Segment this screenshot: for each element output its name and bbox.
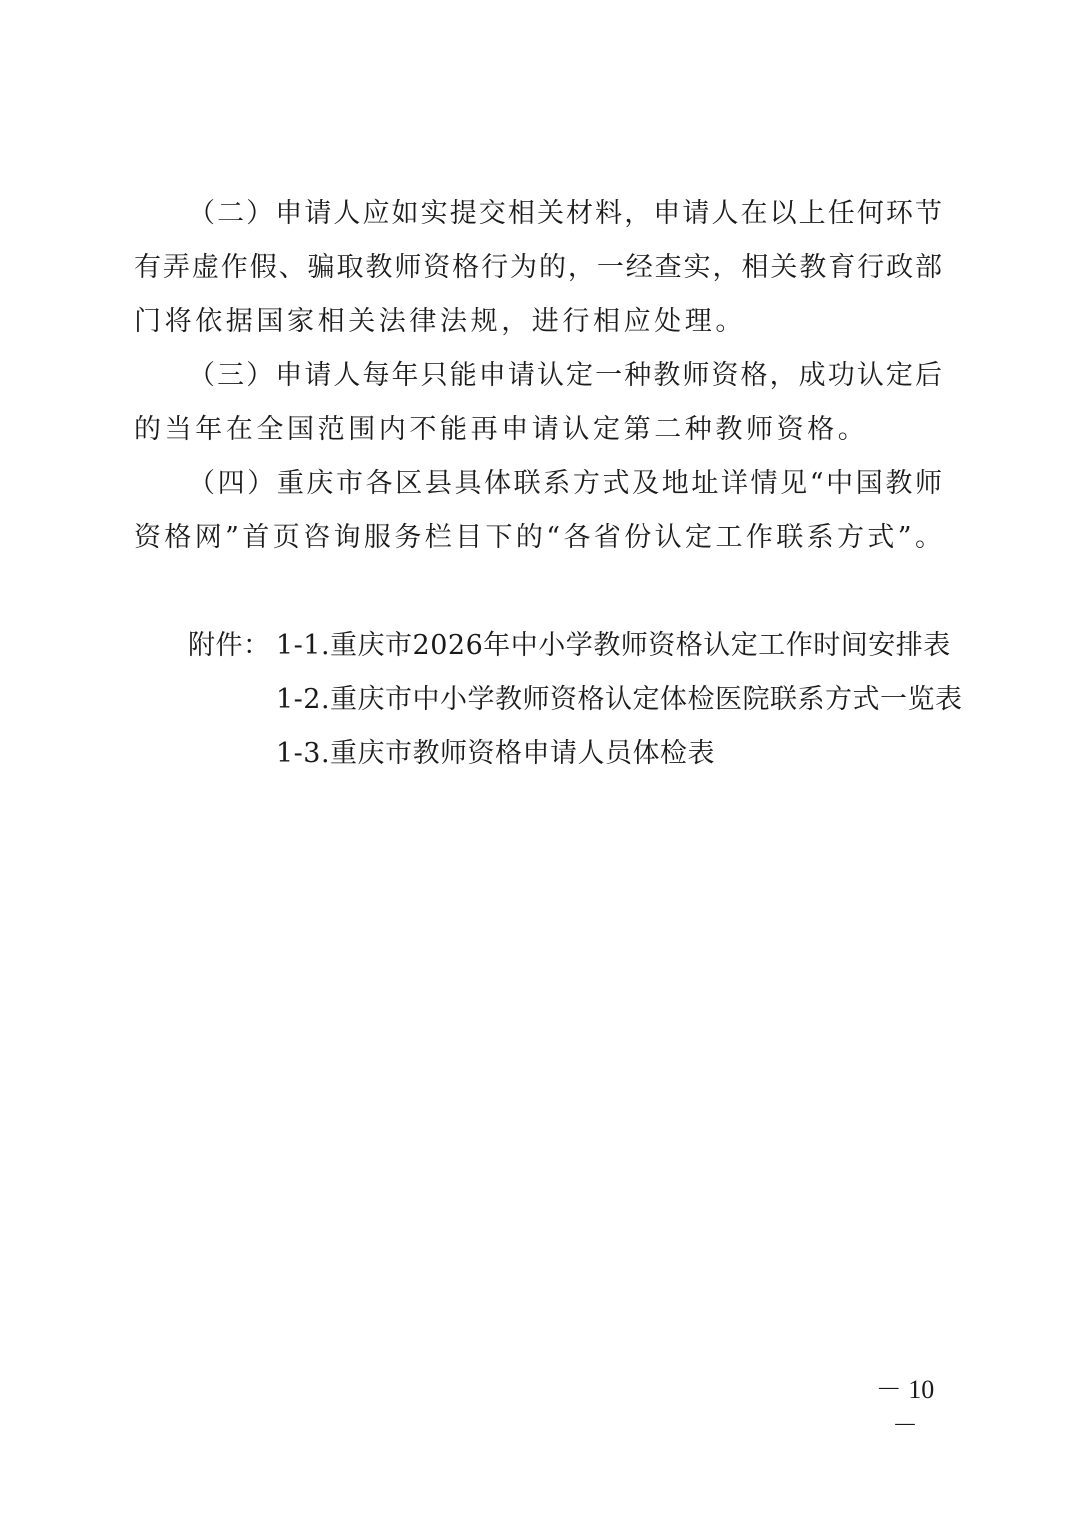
attachment-line-2: 1-2.重庆市中小学教师资格认定体检医院联系方式一览表 — [0, 680, 1074, 720]
page-number: － 10 － — [862, 1372, 948, 1444]
paragraph-item-2-line-1: （二）申请人应如实提交相关材料，申请人在以上任何环节 — [188, 194, 942, 234]
paragraph-item-4-line-2: 资格网”首页咨询服务栏目下的“各省份认定工作联系方式”。 — [134, 518, 942, 558]
paragraph-item-3-line-2: 的当年在全国范围内不能再申请认定第二种教师资格。 — [134, 410, 942, 450]
attachments-label: 附件： — [188, 626, 271, 666]
attachment-item-1-3: 1-3.重庆市教师资格申请人员体检表 — [276, 734, 715, 774]
paragraph-item-2-line-3: 门将依据国家相关法律法规，进行相应处理。 — [134, 302, 942, 342]
paragraph-item-2-line-2: 有弄虚作假、骗取教师资格行为的，一经查实，相关教育行政部 — [134, 248, 942, 288]
paragraph-item-4-line-1: （四）重庆市各区县具体联系方式及地址详情见“中国教师 — [188, 464, 942, 504]
document-page: （二）申请人应如实提交相关材料，申请人在以上任何环节 有弄虚作假、骗取教师资格行… — [0, 0, 1074, 1520]
attachment-item-1-2: 1-2.重庆市中小学教师资格认定体检医院联系方式一览表 — [276, 680, 963, 720]
attachment-line-3: 1-3.重庆市教师资格申请人员体检表 — [0, 734, 1074, 774]
paragraph-item-3-line-1: （三）申请人每年只能申请认定一种教师资格，成功认定后 — [188, 356, 942, 396]
attachment-line-1: 附件： 1-1.重庆市2026年中小学教师资格认定工作时间安排表 — [0, 626, 1074, 666]
attachment-item-1-1: 1-1.重庆市2026年中小学教师资格认定工作时间安排表 — [276, 626, 951, 666]
